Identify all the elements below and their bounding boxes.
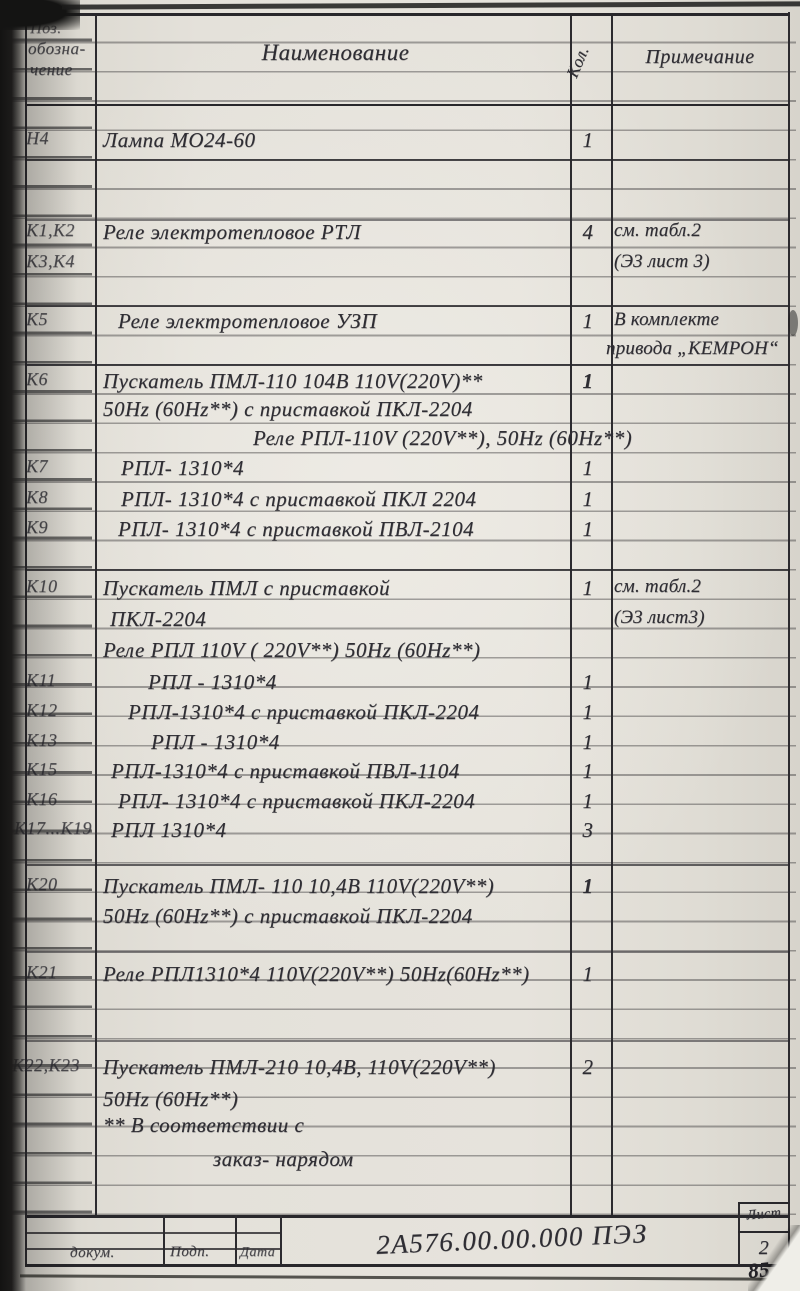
row-note: (Э3 лист3) <box>614 607 786 629</box>
table-row: К1,К2 Реле электротепловое РТЛ 4 см. таб… <box>0 220 800 250</box>
table-row: К10 Пускатель ПМЛ с приставкой 1 см. таб… <box>0 576 800 606</box>
table-row: привода „КЕМРОН“ <box>0 338 800 368</box>
header-note: Примечание <box>611 46 789 69</box>
table-row: К15 РПЛ-1310*4 с приставкой ПВЛ-1104 1 <box>0 759 800 789</box>
row-name: РПЛ-1310*4 с приставкой ПВЛ-1104 <box>111 759 460 784</box>
table-border-bottom <box>25 1264 790 1267</box>
scanned-parts-list-page: Поз. обозна- чение Наименование Кол. При… <box>0 0 800 1291</box>
footnote-line: заказ- нарядом <box>0 1147 800 1177</box>
table-row: ПКЛ-2204 (Э3 лист3) <box>0 607 800 637</box>
scan-smudge <box>788 310 798 336</box>
sheet-cell-top <box>738 1202 790 1204</box>
row-divider <box>25 951 790 953</box>
table-row: 50Hz (60Hz**) с приставкой ПКЛ-2204 <box>0 397 800 427</box>
titleblock-divider <box>235 1215 237 1265</box>
table-row: К7 РПЛ- 1310*4 1 <box>0 456 800 486</box>
header-divider <box>25 104 790 106</box>
row-qty: 1 <box>566 517 610 542</box>
table-row: Реле РПЛ 110V ( 220V**) 50Hz (60Hz**) <box>0 638 800 668</box>
header-name: Наименование <box>103 40 568 66</box>
table-row: К16 РПЛ- 1310*4 с приставкой ПКЛ-2204 1 <box>0 789 800 819</box>
table-row: К22,К23 Пускатель ПМЛ-210 10,4В, 110V(22… <box>0 1055 800 1085</box>
row-qty: 1 <box>566 487 610 512</box>
table-row: 50Hz (60Hz**) с приставкой ПКЛ-2204 <box>0 904 800 934</box>
table-row: Н4 Лампа МО24-60 1 <box>0 128 800 158</box>
row-name: РПЛ 1310*4 <box>111 818 226 843</box>
titleblock-label-data: Дата <box>240 1245 275 1261</box>
table-row: К20 Пускатель ПМЛ- 110 10,4В 110V(220V**… <box>0 874 800 904</box>
footnote-text: ** В соответствии с <box>103 1113 304 1138</box>
table-row: Реле РПЛ-110V (220V**), 50Hz (60Hz**) <box>0 426 800 456</box>
row-name: РПЛ-1310*4 с приставкой ПКЛ-2204 <box>128 700 480 725</box>
row-qty: 1 <box>566 309 610 334</box>
scan-edge-bottom <box>20 1274 770 1280</box>
row-qty: 1 <box>566 700 610 725</box>
footnote-text: заказ- нарядом <box>213 1147 354 1172</box>
row-qty: 2 <box>566 1055 610 1080</box>
row-qty: 4 <box>566 220 610 245</box>
row-divider <box>25 1040 790 1042</box>
table-row: К8 РПЛ- 1310*4 с приставкой ПКЛ 2204 1 <box>0 487 800 517</box>
titleblock-divider <box>280 1215 282 1265</box>
row-name: Пускатель ПМЛ с приставкой <box>103 576 390 601</box>
row-name: РПЛ- 1310*4 с приставкой ПВЛ-2104 <box>118 517 474 542</box>
row-name: Реле РПЛ-110V (220V**), 50Hz (60Hz**) <box>253 426 632 451</box>
row-name: 50Hz (60Hz**) <box>103 1087 238 1112</box>
row-qty: 1 <box>566 128 610 153</box>
sheet-label: Лист <box>739 1205 788 1225</box>
row-name: Реле РПЛ 110V ( 220V**) 50Hz (60Hz**) <box>103 638 480 663</box>
row-name: Пускатель ПМЛ-210 10,4В, 110V(220V**) <box>103 1055 496 1080</box>
row-name: РПЛ- 1310*4 с приставкой ПКЛ 2204 <box>121 487 477 512</box>
table-row: К13 РПЛ - 1310*4 1 <box>0 730 800 760</box>
row-name: 50Hz (60Hz**) с приставкой ПКЛ-2204 <box>103 904 473 929</box>
table-border-top <box>25 13 790 16</box>
table-row: К3,К4 (Э3 лист 3) <box>0 251 800 281</box>
table-row: К11 РПЛ - 1310*4 1 <box>0 670 800 700</box>
row-name: РПЛ - 1310*4 <box>151 730 280 755</box>
row-name: Реле электротепловое УЗП <box>118 309 377 334</box>
row-note: см. табл.2 <box>614 220 786 242</box>
titleblock-divider <box>163 1215 165 1265</box>
table-row: К6 Пускатель ПМЛ-110 104В 110V(220V)** 1 <box>0 369 800 399</box>
row-qty: 1 <box>566 874 610 899</box>
footnote-line: ** В соответствии с <box>0 1113 800 1143</box>
row-qty: 1 <box>566 962 610 987</box>
table-row: К12 РПЛ-1310*4 с приставкой ПКЛ-2204 1 <box>0 700 800 730</box>
row-qty: 1 <box>566 670 610 695</box>
row-qty: 3 <box>566 818 610 843</box>
row-qty: 1 <box>566 456 610 481</box>
row-name: Пускатель ПМЛ- 110 10,4В 110V(220V**) <box>103 874 494 899</box>
row-note: привода „КЕМРОН“ <box>606 338 778 360</box>
row-divider <box>25 159 790 161</box>
table-row: К5 Реле электротепловое УЗП 1 В комплект… <box>0 309 800 339</box>
row-name: РПЛ - 1310*4 <box>148 670 277 695</box>
row-qty: 1 <box>566 369 610 394</box>
row-note: В комплекте <box>614 309 786 331</box>
row-name: РПЛ- 1310*4 с приставкой ПКЛ-2204 <box>118 789 475 814</box>
row-name: Лампа МО24-60 <box>103 128 256 153</box>
table-row: К21 Реле РПЛ1310*4 110V(220V**) 50Hz(60H… <box>0 962 800 992</box>
row-name: РПЛ- 1310*4 <box>121 456 244 481</box>
table-row: К17...К19 РПЛ 1310*4 3 <box>0 818 800 848</box>
row-name: 50Hz (60Hz**) с приставкой ПКЛ-2204 <box>103 397 473 422</box>
row-qty: 1 <box>566 759 610 784</box>
page-curl <box>748 1225 800 1291</box>
titleblock-label-podp: Подп. <box>170 1244 209 1261</box>
row-name: ПКЛ-2204 <box>110 607 206 632</box>
row-divider <box>25 305 790 307</box>
row-divider <box>25 569 790 571</box>
row-name: Пускатель ПМЛ-110 104В 110V(220V)** <box>103 369 483 394</box>
row-note: см. табл.2 <box>614 576 786 598</box>
row-qty: 1 <box>566 789 610 814</box>
row-qty: 1 <box>566 576 610 601</box>
row-qty: 1 <box>566 730 610 755</box>
row-name: Реле РПЛ1310*4 110V(220V**) 50Hz(60Hz**) <box>103 962 530 987</box>
scan-edge-left <box>0 0 26 1291</box>
scan-edge-top <box>62 1 800 9</box>
document-number: 2А576.00.00.000 ПЭЗ <box>292 1214 733 1264</box>
row-divider <box>25 864 790 866</box>
row-note: (Э3 лист 3) <box>614 251 786 273</box>
table-row: К9 РПЛ- 1310*4 с приставкой ПВЛ-2104 1 <box>0 517 800 547</box>
row-name: Реле электротепловое РТЛ <box>103 220 361 245</box>
